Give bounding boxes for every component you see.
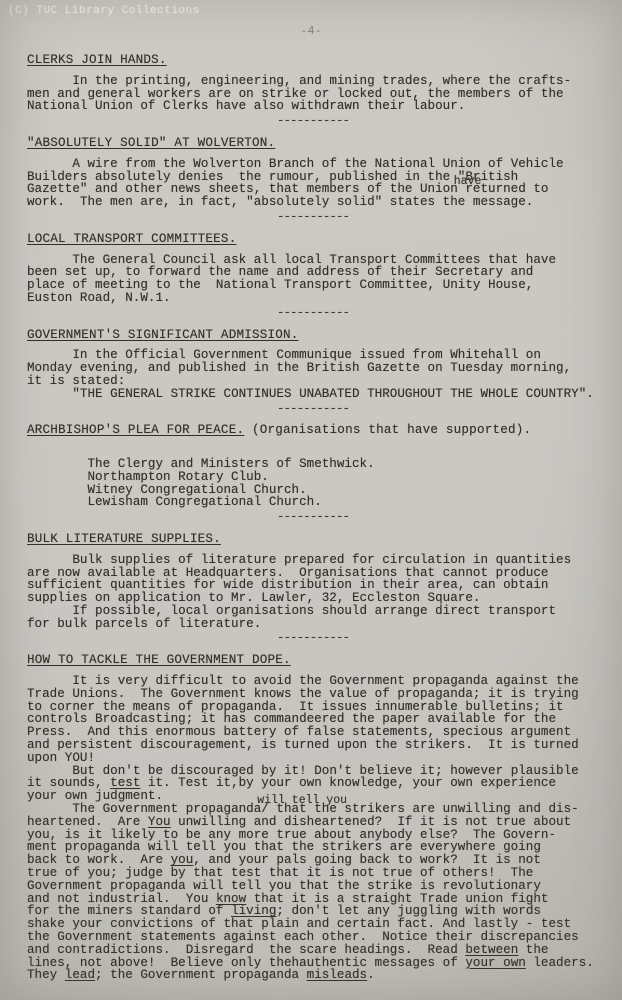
document-section: HOW TO TACKLE THE GOVERNMENT DOPE. It is… (27, 654, 599, 982)
section-heading: "ABSOLUTELY SOLID" AT WOLVERTON. (27, 137, 599, 150)
underlined-text: BULK LITERATURE SUPPLIES. (27, 532, 221, 546)
text-line: Euston Road, N.W.1. (27, 292, 599, 305)
document-section: BULK LITERATURE SUPPLIES. Bulk supplies … (27, 533, 599, 645)
text-line: The Clergy and Ministers of Smethwick. (27, 458, 599, 471)
text-line: They lead; the Government propaganda mis… (27, 969, 599, 982)
section-body: The Clergy and Ministers of Smethwick. N… (27, 445, 599, 509)
text-line: Lewisham Congregational Church. (27, 496, 599, 509)
text-line: "THE GENERAL STRIKE CONTINUES UNABATED T… (27, 388, 599, 401)
section-body: In the printing, engineering, and mining… (27, 75, 599, 113)
section-body: A wire from the Wolverton Branch of the … (27, 158, 599, 209)
document-section: "ABSOLUTELY SOLID" AT WOLVERTON. A wire … (27, 137, 599, 224)
underlined-text: "ABSOLUTELY SOLID" AT WOLVERTON. (27, 136, 275, 150)
text-line: In the printing, engineering, and mining… (27, 75, 599, 88)
library-watermark: (C) TUC Library Collections (8, 5, 200, 17)
underlined-text: your own (465, 956, 525, 970)
section-heading: HOW TO TACKLE THE GOVERNMENT DOPE. (27, 654, 599, 667)
section-body: Bulk supplies of literature prepared for… (27, 554, 599, 631)
document-section: LOCAL TRANSPORT COMMITTEES. The General … (27, 233, 599, 320)
section-separator: ----------- (27, 307, 599, 320)
underlined-text: ARCHBISHOP'S PLEA FOR PEACE. (27, 423, 244, 437)
inserted-word: have (454, 176, 482, 189)
underlined-text: GOVERNMENT'S SIGNIFICANT ADMISSION. (27, 328, 299, 342)
text-line (27, 445, 599, 458)
scanned-document-page: (C) TUC Library Collections -4- CLERKS J… (0, 0, 622, 1000)
text-line: A wire from the Wolverton Branch of the … (27, 158, 599, 171)
document-content: CLERKS JOIN HANDS. In the printing, engi… (27, 54, 599, 991)
section-body: In the Official Government Communique is… (27, 349, 599, 400)
underlined-text: HOW TO TACKLE THE GOVERNMENT DOPE. (27, 653, 291, 667)
document-section: CLERKS JOIN HANDS. In the printing, engi… (27, 54, 599, 128)
page-number: -4- (0, 24, 622, 38)
text-line: If possible, local organisations should … (27, 605, 599, 618)
section-separator: ----------- (27, 115, 599, 128)
section-separator: ----------- (27, 403, 599, 416)
text-line: and persistent discouragement, is turned… (27, 739, 599, 752)
section-separator: ----------- (27, 511, 599, 524)
section-separator: ----------- (27, 632, 599, 645)
text-line: It is very difficult to avoid the Govern… (27, 675, 599, 688)
underlined-text: misleads (307, 968, 367, 982)
text-line: heartened. Are You unwilling and dishear… (27, 816, 599, 829)
text-line: National Union of Clerks have also withd… (27, 100, 599, 113)
text-line: supplies on application to Mr. Lawler, 3… (27, 592, 599, 605)
text-line: Bulk supplies of literature prepared for… (27, 554, 599, 567)
text-line: it is stated: (27, 375, 599, 388)
section-heading: ARCHBISHOP'S PLEA FOR PEACE. (Organisati… (27, 424, 599, 437)
text-line: The Government propagandawill tell you/ … (27, 803, 599, 816)
text-line: work. The men are, in fact, "absolutely … (27, 196, 599, 209)
text-line: Government propaganda will tell you that… (27, 880, 599, 893)
underlined-text: CLERKS JOIN HANDS. (27, 53, 167, 67)
section-body: The General Council ask all local Transp… (27, 254, 599, 305)
section-heading: GOVERNMENT'S SIGNIFICANT ADMISSION. (27, 329, 599, 342)
section-heading: BULK LITERATURE SUPPLIES. (27, 533, 599, 546)
text-line: Trade Unions. The Government knows the v… (27, 688, 599, 701)
section-heading: LOCAL TRANSPORT COMMITTEES. (27, 233, 599, 246)
text-line: upon YOU! (27, 752, 599, 765)
text-line: true of you; judge by that test that it … (27, 867, 599, 880)
text-line: for bulk parcels of literature. (27, 618, 599, 631)
text-line: Northampton Rotary Club. (27, 471, 599, 484)
section-body: It is very difficult to avoid the Govern… (27, 675, 599, 982)
section-heading: CLERKS JOIN HANDS. (27, 54, 599, 67)
underlined-text: LOCAL TRANSPORT COMMITTEES. (27, 232, 236, 246)
underlined-text: You (148, 815, 171, 829)
document-section: ARCHBISHOP'S PLEA FOR PEACE. (Organisati… (27, 424, 599, 524)
document-section: GOVERNMENT'S SIGNIFICANT ADMISSION. In t… (27, 329, 599, 416)
section-separator: ----------- (27, 211, 599, 224)
inserted-word: will tell you (257, 795, 347, 808)
underlined-text: lead (65, 968, 95, 982)
